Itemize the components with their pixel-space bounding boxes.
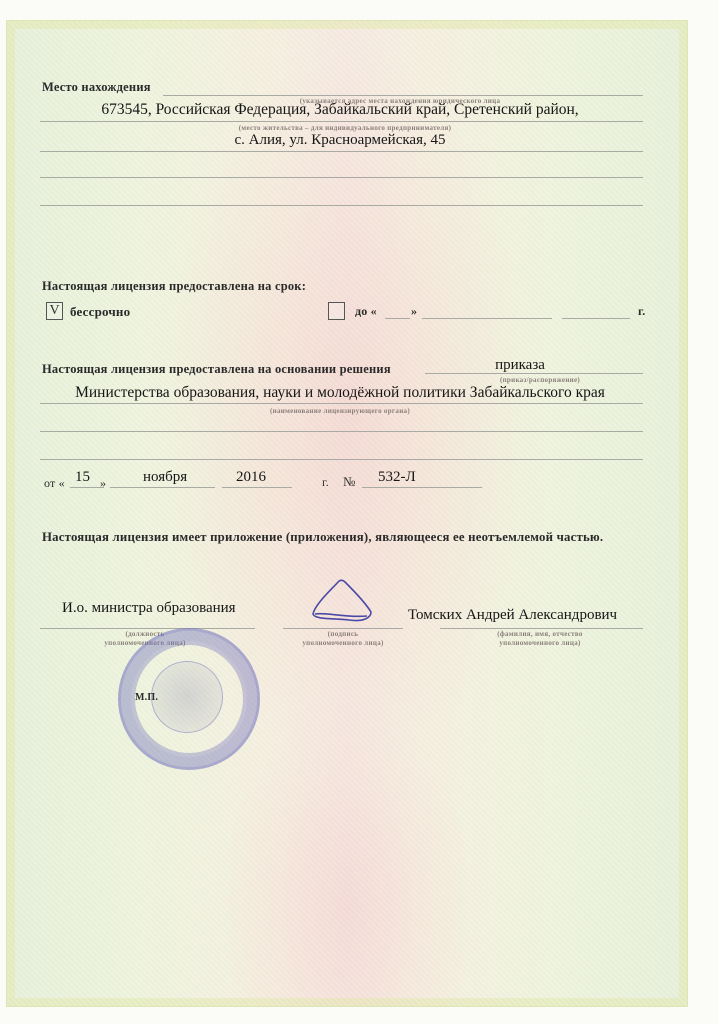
number-sign: № [343,474,356,490]
licensing-authority: Министерства образования, науки и молодё… [40,384,640,402]
seal-label: М.П. [135,692,158,703]
decision-type: приказа [420,357,620,374]
date-year: 2016 [236,469,266,486]
location-rule-2 [40,121,643,122]
until-month-rule [422,318,552,319]
signatory-position: И.о. министра образования [62,600,236,617]
date-year-suffix: г. [322,475,329,490]
indefinite-label: бессрочно [70,304,130,320]
authority-hint: (наименование лицензирующего органа) [220,407,460,416]
basis-rule-2 [40,431,643,432]
signature-rule [283,628,403,629]
date-day-rule [70,487,104,488]
signature-hint: (подписьуполномоченного лица) [283,630,403,648]
until-prefix: до « [355,304,377,319]
location-label: Место нахождения [42,80,151,95]
until-day-rule [385,318,410,319]
location-rule-5 [40,205,643,206]
until-year-suffix: г. [638,304,646,319]
location-rule-1 [163,95,643,96]
coat-of-arms-emblem [151,661,223,733]
date-prefix: от « [44,476,65,491]
number-rule [362,487,482,488]
until-suffix: » [411,304,417,319]
location-line-1: 673545, Российская Федерация, Забайкальс… [40,101,640,119]
location-line-2: с. Алия, ул. Красноармейская, 45 [40,132,640,149]
decision-rule [425,373,643,374]
basis-label: Настоящая лицензия предоставлена на осно… [42,362,391,377]
location-rule-4 [40,177,643,178]
basis-rule-3 [40,459,643,460]
date-day-suffix: » [100,476,106,491]
position-rule [40,628,255,629]
license-decision-number: 532-Л [378,469,416,486]
until-checkbox[interactable] [328,302,345,320]
appendix-text: Настоящая лицензия имеет приложение (при… [42,530,603,545]
name-hint: (фамилия, имя, отчествоуполномоченного л… [460,630,620,648]
indefinite-checkbox[interactable]: V [46,302,63,320]
date-year-rule [222,487,292,488]
location-rule-3 [40,151,643,152]
term-label: Настоящая лицензия предоставлена на срок… [42,279,306,294]
until-year-rule [562,318,630,319]
name-rule [440,628,643,629]
authority-rule [40,403,643,404]
signatory-name: Томских Андрей Александрович [408,607,617,624]
date-month: ноября [143,469,187,486]
date-day: 15 [75,469,90,486]
signature-scribble [305,578,377,624]
license-sheet [6,20,688,1007]
date-month-rule [110,487,215,488]
